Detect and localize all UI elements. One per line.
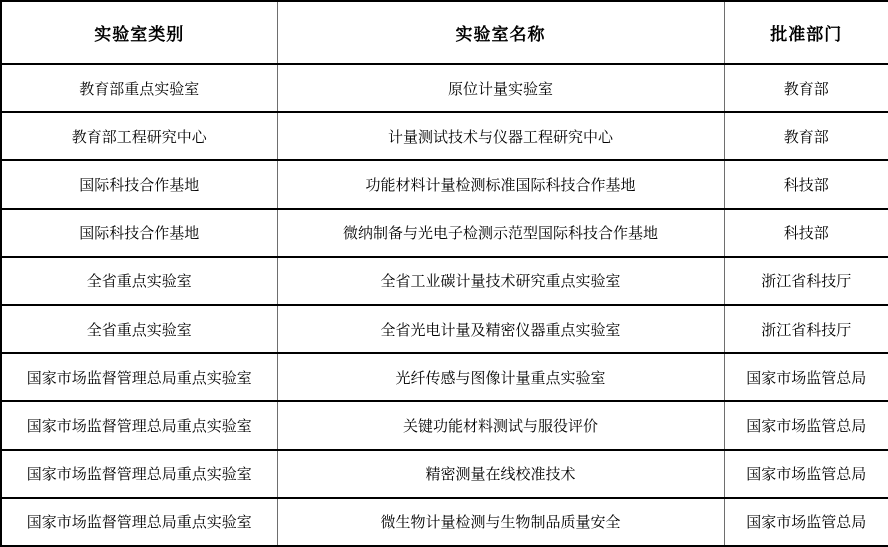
cell-name: 计量测试技术与仪器工程研究中心: [277, 112, 724, 160]
cell-name: 光纤传感与图像计量重点实验室: [277, 353, 724, 401]
cell-department: 科技部: [724, 160, 888, 208]
cell-department: 科技部: [724, 209, 888, 257]
cell-category: 国家市场监督管理总局重点实验室: [1, 353, 277, 401]
table-row: 国家市场监督管理总局重点实验室 关键功能材料测试与服役评价 国家市场监管总局: [1, 401, 888, 449]
table-body: 教育部重点实验室 原位计量实验室 教育部 教育部工程研究中心 计量测试技术与仪器…: [1, 64, 888, 546]
cell-category: 国际科技合作基地: [1, 209, 277, 257]
cell-category: 教育部重点实验室: [1, 64, 277, 112]
cell-department: 国家市场监管总局: [724, 353, 888, 401]
laboratory-table-page: 实验室类别 实验室名称 批准部门 教育部重点实验室 原位计量实验室 教育部 教育…: [0, 0, 888, 547]
table-header: 实验室类别 实验室名称 批准部门: [1, 1, 888, 64]
cell-category: 教育部工程研究中心: [1, 112, 277, 160]
cell-department: 浙江省科技厅: [724, 305, 888, 353]
cell-category: 全省重点实验室: [1, 257, 277, 305]
table-row: 国际科技合作基地 功能材料计量检测标准国际科技合作基地 科技部: [1, 160, 888, 208]
table-row: 教育部重点实验室 原位计量实验室 教育部: [1, 64, 888, 112]
table-row: 教育部工程研究中心 计量测试技术与仪器工程研究中心 教育部: [1, 112, 888, 160]
table-row: 全省重点实验室 全省光电计量及精密仪器重点实验室 浙江省科技厅: [1, 305, 888, 353]
cell-category: 国家市场监督管理总局重点实验室: [1, 498, 277, 546]
cell-department: 国家市场监管总局: [724, 450, 888, 498]
cell-department: 教育部: [724, 112, 888, 160]
cell-name: 全省光电计量及精密仪器重点实验室: [277, 305, 724, 353]
cell-name: 原位计量实验室: [277, 64, 724, 112]
table-row: 国家市场监督管理总局重点实验室 微生物计量检测与生物制品质量安全 国家市场监管总…: [1, 498, 888, 546]
table-row: 国家市场监督管理总局重点实验室 精密测量在线校准技术 国家市场监管总局: [1, 450, 888, 498]
cell-department: 教育部: [724, 64, 888, 112]
column-header-name: 实验室名称: [277, 1, 724, 64]
cell-department: 浙江省科技厅: [724, 257, 888, 305]
cell-name: 微生物计量检测与生物制品质量安全: [277, 498, 724, 546]
table-row: 国家市场监督管理总局重点实验室 光纤传感与图像计量重点实验室 国家市场监管总局: [1, 353, 888, 401]
cell-category: 国家市场监督管理总局重点实验室: [1, 401, 277, 449]
column-header-department: 批准部门: [724, 1, 888, 64]
cell-category: 国际科技合作基地: [1, 160, 277, 208]
cell-category: 全省重点实验室: [1, 305, 277, 353]
cell-category: 国家市场监督管理总局重点实验室: [1, 450, 277, 498]
cell-name: 关键功能材料测试与服役评价: [277, 401, 724, 449]
cell-name: 功能材料计量检测标准国际科技合作基地: [277, 160, 724, 208]
cell-name: 微纳制备与光电子检测示范型国际科技合作基地: [277, 209, 724, 257]
table-row: 全省重点实验室 全省工业碳计量技术研究重点实验室 浙江省科技厅: [1, 257, 888, 305]
column-header-category: 实验室类别: [1, 1, 277, 64]
cell-department: 国家市场监管总局: [724, 498, 888, 546]
cell-name: 精密测量在线校准技术: [277, 450, 724, 498]
table-row: 国际科技合作基地 微纳制备与光电子检测示范型国际科技合作基地 科技部: [1, 209, 888, 257]
laboratory-table: 实验室类别 实验室名称 批准部门 教育部重点实验室 原位计量实验室 教育部 教育…: [0, 0, 888, 547]
cell-name: 全省工业碳计量技术研究重点实验室: [277, 257, 724, 305]
header-row: 实验室类别 实验室名称 批准部门: [1, 1, 888, 64]
cell-department: 国家市场监管总局: [724, 401, 888, 449]
